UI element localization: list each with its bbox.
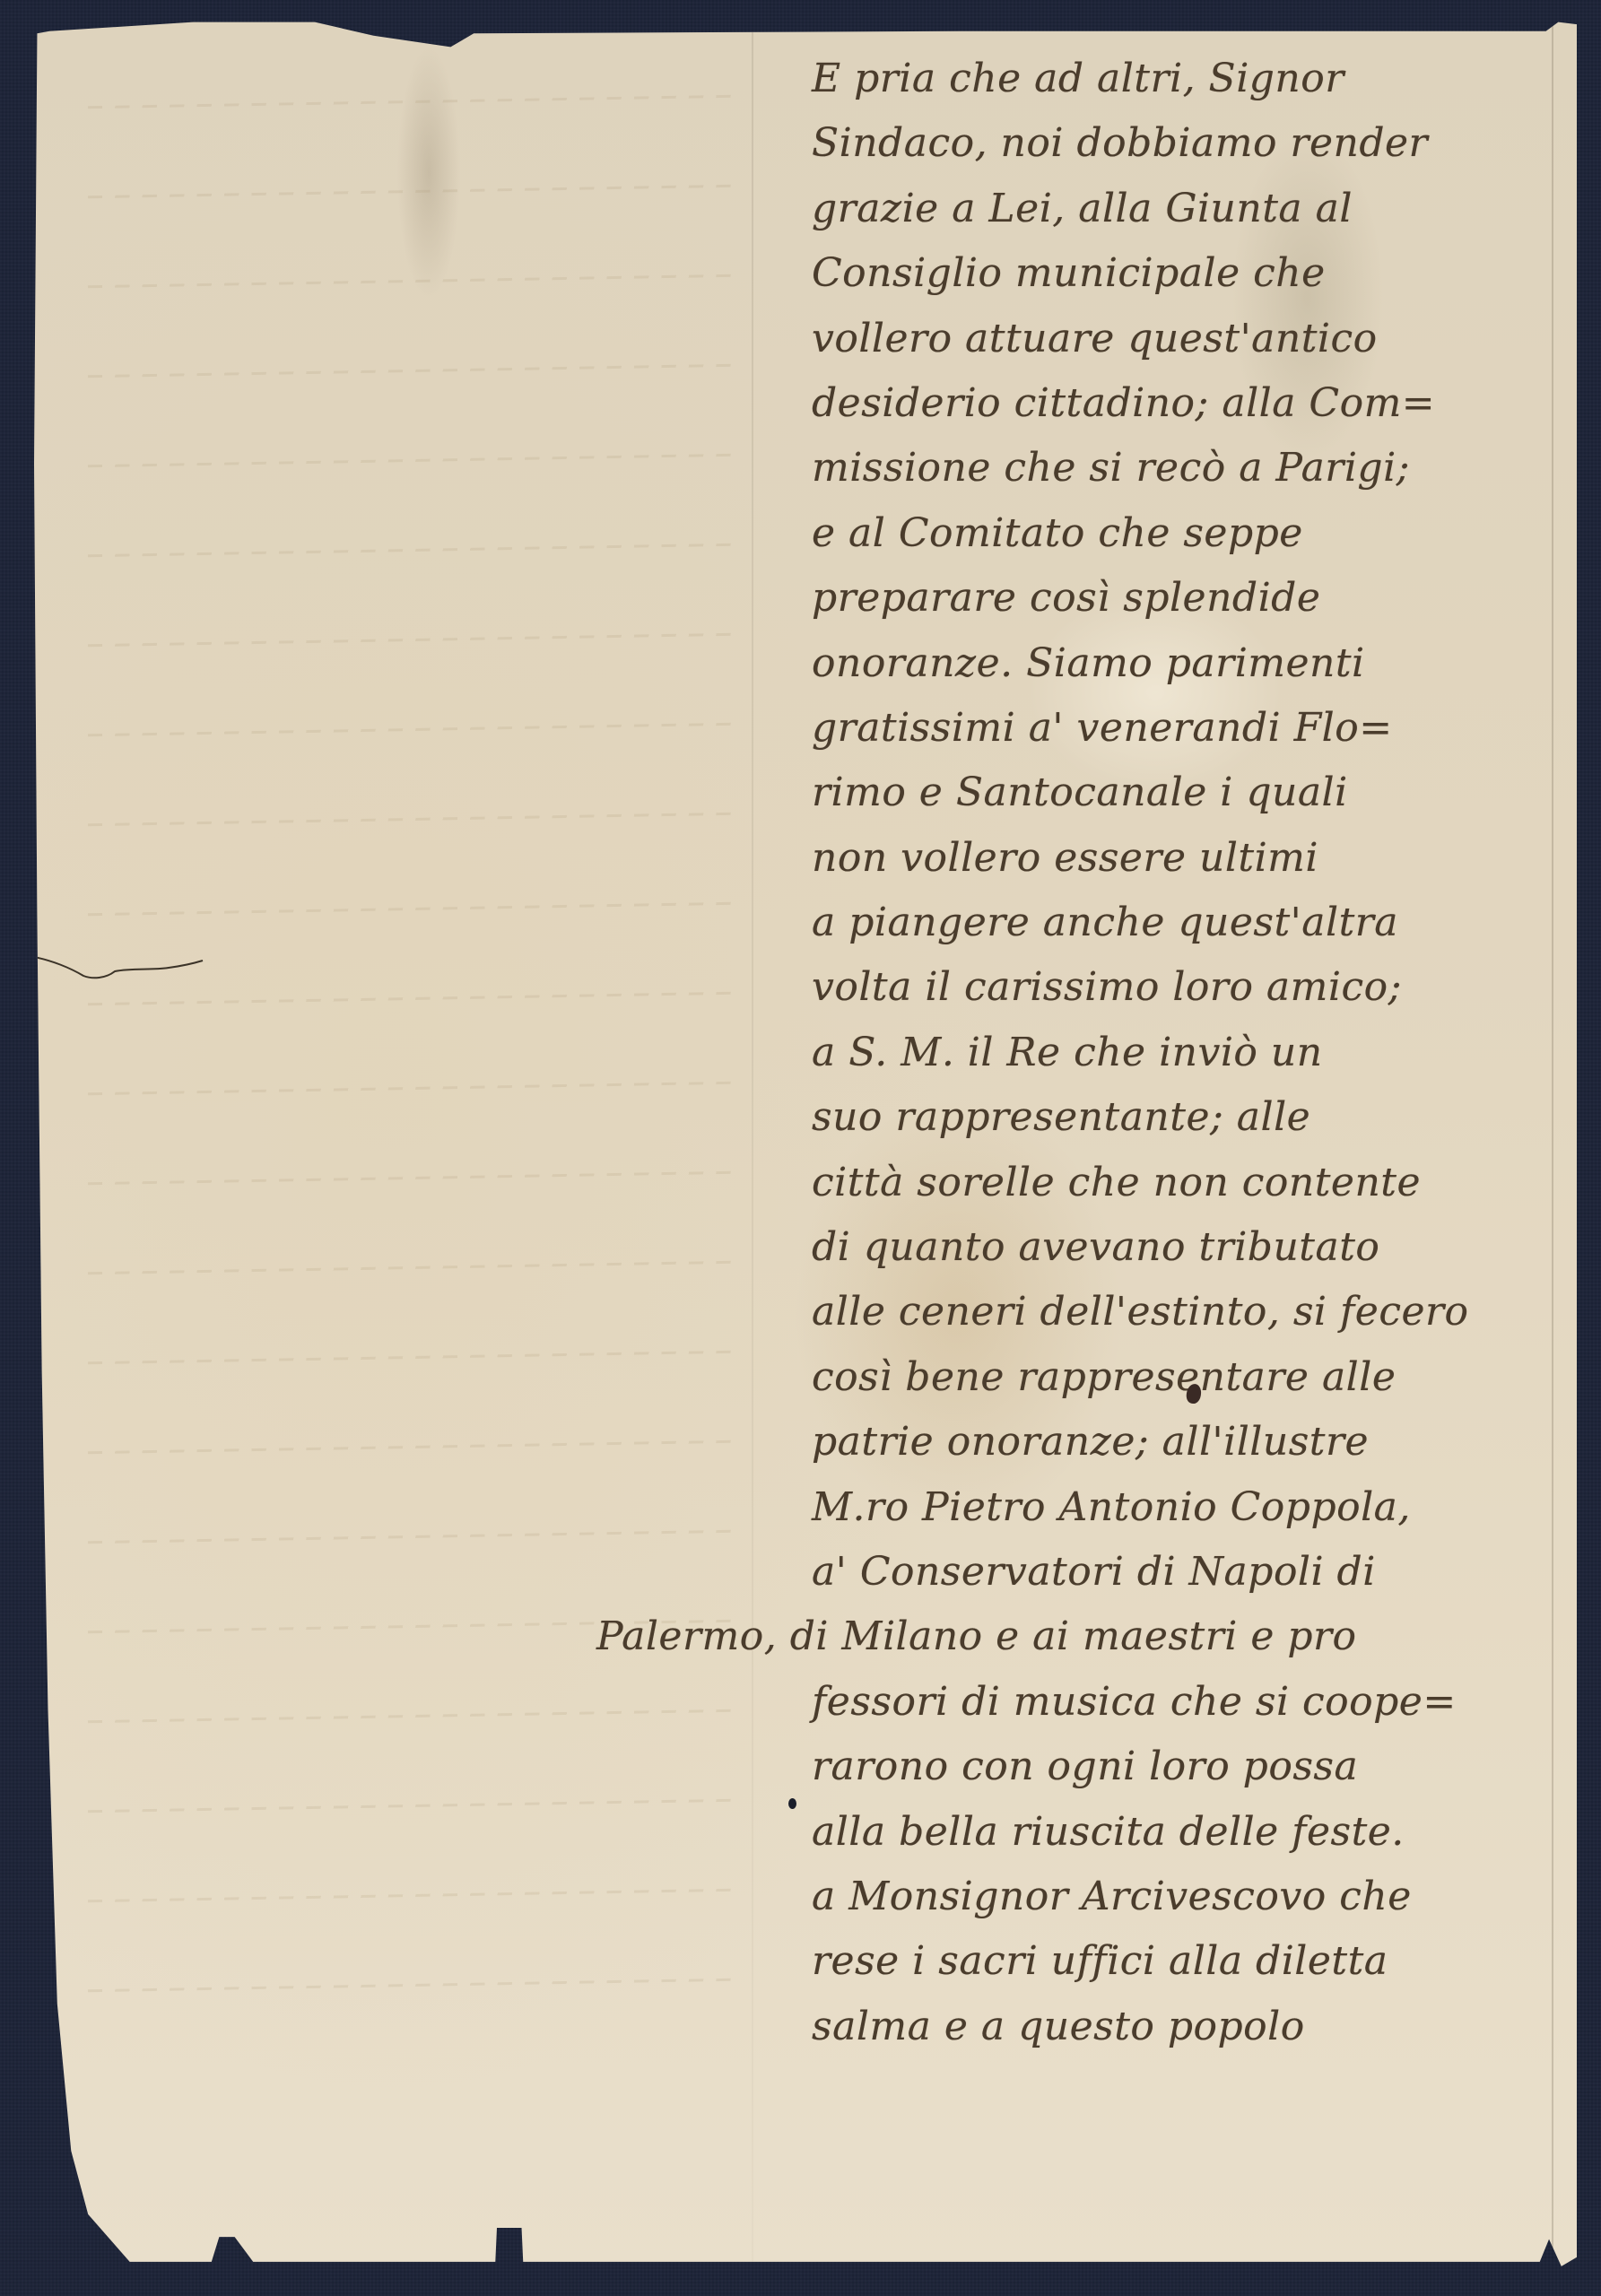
text-line: salma e a questo popolo — [812, 1995, 1547, 2059]
text-line: desiderio cittadino; alla Com= — [812, 371, 1547, 436]
text-line: così bene rappresentare alle — [812, 1345, 1547, 1410]
text-line: fessori di musica che si coope= — [812, 1670, 1547, 1735]
text-line: Consiglio municipale che — [812, 241, 1547, 306]
text-line: a Monsignor Arcivescovo che — [812, 1865, 1547, 1929]
text-line: a piangere anche quest'altra — [812, 891, 1547, 955]
text-line: non vollero essere ultimi — [812, 826, 1547, 891]
text-line: Sindaco, noi dobbiamo render — [812, 111, 1547, 176]
text-line: alla bella riuscita delle feste. — [812, 1800, 1547, 1865]
text-line: suo rappresentante; alle — [812, 1085, 1547, 1150]
text-line: missione che si recò a Parigi; — [812, 436, 1547, 500]
text-line: E pria che ad altri, Signor — [812, 47, 1547, 111]
text-line: gratissimi a' venerandi Flo= — [812, 696, 1547, 761]
text-line-outdented: Palermo, di Milano e ai maestri e pro — [596, 1605, 1547, 1669]
text-line: rese i sacri uffici alla diletta — [812, 1929, 1547, 1994]
text-line: grazie a Lei, alla Giunta al — [812, 177, 1547, 241]
text-line: onoranze. Siamo parimenti — [812, 631, 1547, 696]
center-fold-crease — [752, 11, 753, 2275]
ink-dot — [788, 1798, 796, 1809]
text-line: di quanto avevano tributato — [812, 1215, 1547, 1280]
text-line: rarono con ogni loro possa — [812, 1735, 1547, 1799]
text-line: città sorelle che non contente — [812, 1151, 1547, 1215]
text-line: a' Conservatori di Napoli di — [812, 1540, 1547, 1605]
text-line: preparare così splendide — [812, 566, 1547, 631]
text-line: a S. M. il Re che inviò un — [812, 1021, 1547, 1085]
text-line: e al Comitato che seppe — [812, 501, 1547, 566]
right-edge-fold — [1552, 11, 1553, 2275]
handwritten-text: E pria che ad altri, Signor Sindaco, noi… — [812, 47, 1547, 2059]
text-line: rimo e Santocanale i quali — [812, 761, 1547, 825]
ink-bleed-through — [88, 100, 734, 2163]
text-line: M.ro Pietro Antonio Coppola, — [812, 1475, 1547, 1540]
text-line: vollero attuare quest'antico — [812, 307, 1547, 371]
paper-tear — [34, 955, 204, 982]
text-line: patrie onoranze; all'illustre — [812, 1410, 1547, 1474]
text-line: alle ceneri dell'estinto, si fecero — [812, 1280, 1547, 1344]
text-line: volta il carissimo loro amico; — [812, 955, 1547, 1020]
